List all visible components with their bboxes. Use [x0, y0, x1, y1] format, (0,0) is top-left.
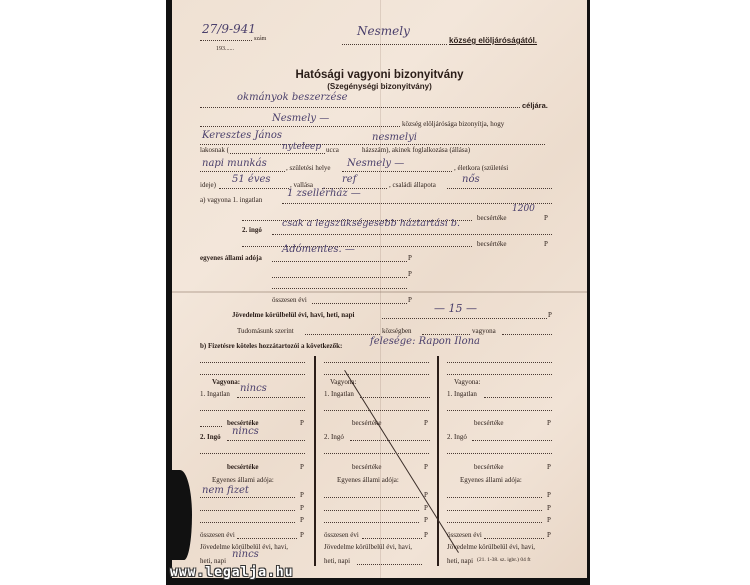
marital-label: , családi állapota: [389, 181, 436, 189]
col1-ingo-line: [227, 440, 305, 441]
cert-village: Nesmely —: [272, 113, 329, 124]
col1-currency-3: P: [300, 491, 304, 499]
real-estate-amount: 1200: [512, 204, 535, 214]
property-line: [502, 334, 552, 335]
cert-label: község elöljárósága bizonyítja, hogy: [402, 120, 504, 128]
col2-ingo-line: [350, 440, 430, 441]
income-currency: P: [548, 311, 552, 319]
col2-becsertek2: becsértéke: [352, 463, 382, 471]
col3-becsertek: becsértéke: [474, 419, 504, 427]
col1-napi: heti, napi: [200, 557, 226, 565]
col1-ingo: 2. Ingó: [200, 433, 221, 441]
col1-currency-6: P: [300, 531, 304, 539]
total-line: [312, 303, 407, 304]
szam-label: szám: [254, 36, 266, 42]
total-label: összesen évi: [272, 296, 307, 304]
real-estate-value: 1 zsellérház —: [287, 188, 361, 199]
col3-tax: Egyenes állami adója:: [460, 476, 522, 484]
col2-napi: heti, napi: [324, 557, 350, 565]
purpose-label: céljára.: [522, 101, 548, 110]
birthplace-label: , születési helye: [286, 164, 331, 172]
year-prefix: 193......: [216, 46, 234, 52]
col2-vagyona: Vagyona:: [330, 378, 356, 386]
age-label: , életkora (születési: [454, 164, 508, 172]
currency-p2: P: [544, 240, 548, 248]
total-currency: P: [408, 296, 412, 304]
cert-village-line: [200, 126, 400, 127]
col2-line-a: [324, 410, 429, 411]
col1-currency-1: P: [300, 419, 304, 427]
col2-tax-line-2: [324, 510, 419, 511]
col1-napi-value: nincs: [232, 549, 259, 560]
col3-ingatlan-line: [484, 397, 552, 398]
tax-value: Adómentes. —: [282, 244, 355, 255]
purpose-line: [200, 107, 520, 108]
residence: nesmelyi: [372, 132, 417, 143]
age-value: 51 éves: [232, 174, 271, 185]
col1-currency-5: P: [300, 516, 304, 524]
lakosnak-label: lakosnak (: [200, 146, 229, 154]
col3-currency-3: P: [547, 491, 551, 499]
col2-tax-line-3: [324, 522, 419, 523]
col3-total-line: [484, 538, 544, 539]
document-number: 27/9-941: [202, 22, 256, 36]
col1-ingatlan-value: nincs: [240, 383, 267, 394]
occupation-line: [200, 171, 285, 172]
utca-label: ucca: [326, 146, 339, 154]
col2-currency-1: P: [424, 419, 428, 427]
col2-line-c: [324, 453, 429, 454]
col1-vagyona: Vagyona:: [212, 378, 240, 386]
section-b-label: b) Fizetésre köteles hozzátartozói a köv…: [200, 342, 342, 350]
col1-ingo-value: nincs: [232, 426, 259, 437]
col3-line-top: [447, 362, 552, 363]
col2-ingatlan: 1. Ingatlan: [324, 390, 354, 398]
marital-value: nős: [462, 174, 480, 185]
col2-line-top: [324, 362, 429, 363]
movable-line-2: [242, 246, 472, 247]
col2-becsertek: becsértéke: [352, 419, 382, 427]
col3-vagyona: Vagyona:: [454, 378, 480, 386]
col2-tax-line-1: [324, 497, 419, 498]
col1-line-a: [200, 410, 305, 411]
col2-tax: Egyenes állami adója:: [337, 476, 399, 484]
income-line: [382, 318, 547, 319]
col2-total: összesen évi: [324, 531, 359, 539]
print-code: (21. 1-38. sz. igbr.) 04 ft: [477, 557, 531, 563]
tax-currency-2: P: [408, 270, 412, 278]
marital-line: [447, 188, 552, 189]
col3-tax-line-1: [447, 497, 542, 498]
ideje-label: ideje): [200, 181, 216, 189]
col2-currency-2: P: [424, 463, 428, 471]
col3-line-a: [447, 410, 552, 411]
col1-ingatlan-line: [237, 397, 305, 398]
col2-income: Jövedelme körülbelül évi, havi,: [324, 543, 412, 551]
property-label: vagyona: [472, 327, 496, 335]
col3-tax-line-2: [447, 510, 542, 511]
col1-total: összesen évi: [200, 531, 235, 539]
col2-currency-4: P: [424, 504, 428, 512]
col2-ingatlan-line: [360, 397, 430, 398]
document-subtitle: (Szegénységi bizonyitvány): [172, 82, 587, 91]
becsertek-label: becsértéke: [477, 214, 507, 222]
col3-income: Jövedelme körülbelül évi, havi,: [447, 543, 535, 551]
becsertek2-label: becsértéke: [477, 240, 507, 248]
watermark: www.legalja.hu: [170, 565, 294, 580]
tax-line-1: [272, 261, 407, 262]
col1-total-line: [237, 538, 297, 539]
col3-line-c: [447, 453, 552, 454]
col1-tax: Egyenes állami adója:: [212, 476, 274, 484]
person-name: Keresztes János: [202, 130, 282, 141]
tax-label: egyenes állami adója: [200, 254, 262, 262]
movable-line: [272, 234, 552, 235]
number-line: [200, 40, 252, 41]
village-label: községben: [382, 327, 412, 335]
col1-line-top: [200, 362, 305, 363]
column-divider-1: [314, 356, 316, 566]
torn-edge: [172, 470, 192, 560]
col1-currency-2: P: [300, 463, 304, 471]
col3-ingo: 2. Ingó: [447, 433, 467, 441]
religion-value: ref: [342, 174, 356, 185]
column-divider-2: [437, 356, 439, 566]
occupation-value: napi munkás: [202, 158, 267, 169]
col1-tax-line-1: [200, 497, 295, 498]
village-line: [342, 44, 447, 45]
col3-becsertek2: becsértéke: [474, 463, 504, 471]
col1-becsertek2: becsértéke: [227, 463, 258, 471]
col2-line-top2: [324, 374, 429, 375]
col3-ingo-line: [472, 440, 552, 441]
section-a-label: a) vagyona 1. ingatlan: [200, 196, 262, 204]
col3-currency-2: P: [547, 463, 551, 471]
authority-label: község elöljáróságától.: [449, 36, 537, 45]
name-line: [200, 144, 545, 145]
col2-currency-6: P: [424, 531, 428, 539]
purpose-value: okmányok beszerzése: [237, 92, 348, 103]
col2-ingo: 2. Ingó: [324, 433, 344, 441]
birthplace-value: Nesmely —: [347, 158, 404, 169]
col3-line-top2: [447, 374, 552, 375]
tax-line-2: [272, 277, 407, 278]
currency-p: P: [544, 214, 548, 222]
movable-value: csak a legszükségesebb háztartási b.: [282, 218, 460, 229]
hazszam-label: házszám), akinek foglalkozása (állása): [362, 146, 470, 154]
col3-currency-4: P: [547, 504, 551, 512]
col3-tax-line-3: [447, 522, 542, 523]
col3-currency-1: P: [547, 419, 551, 427]
movable-label: 2. ingó: [242, 226, 262, 234]
income-value: — 15 —: [434, 302, 477, 315]
col1-line-c: [200, 453, 305, 454]
col2-currency-3: P: [424, 491, 428, 499]
village-name: Nesmely: [357, 24, 410, 38]
col1-tax-line-3: [200, 522, 295, 523]
col2-napi-line: [357, 564, 422, 565]
tax-currency-1: P: [408, 254, 412, 262]
col3-ingatlan: 1. Ingatlan: [447, 390, 477, 398]
document-title: Hatósági vagyoni bizonyitvány: [172, 69, 587, 81]
col3-total: összesen évi: [447, 531, 482, 539]
col3-napi: heti, napi: [447, 557, 473, 565]
knowledge-line: [305, 334, 380, 335]
tax-line-3: [272, 288, 407, 289]
col2-currency-5: P: [424, 516, 428, 524]
col1-ingatlan: 1. Ingatlan: [200, 390, 230, 398]
street-line: [230, 153, 325, 154]
col1-currency-4: P: [300, 504, 304, 512]
birthplace-line: [342, 171, 452, 172]
knowledge-label: Tudomásunk szerint: [237, 327, 294, 335]
col2-total-line: [362, 538, 422, 539]
income-label: Jövedelme körülbelül évi, havi, heti, na…: [232, 311, 355, 319]
village-line-2: [422, 334, 470, 335]
col3-currency-6: P: [547, 531, 551, 539]
col1-line-b: [200, 426, 222, 427]
col1-tax-value: nem fizet: [202, 485, 249, 496]
col1-line-top2: [200, 374, 305, 375]
col1-tax-line-2: [200, 510, 295, 511]
street-value: nyteleep: [282, 142, 321, 152]
col3-currency-5: P: [547, 516, 551, 524]
dependents-value: felesége: Rapon Ilona: [370, 336, 480, 347]
certificate-document: 27/9-941 szám 193...... Nesmely község e…: [172, 0, 587, 578]
age-line: [219, 188, 289, 189]
